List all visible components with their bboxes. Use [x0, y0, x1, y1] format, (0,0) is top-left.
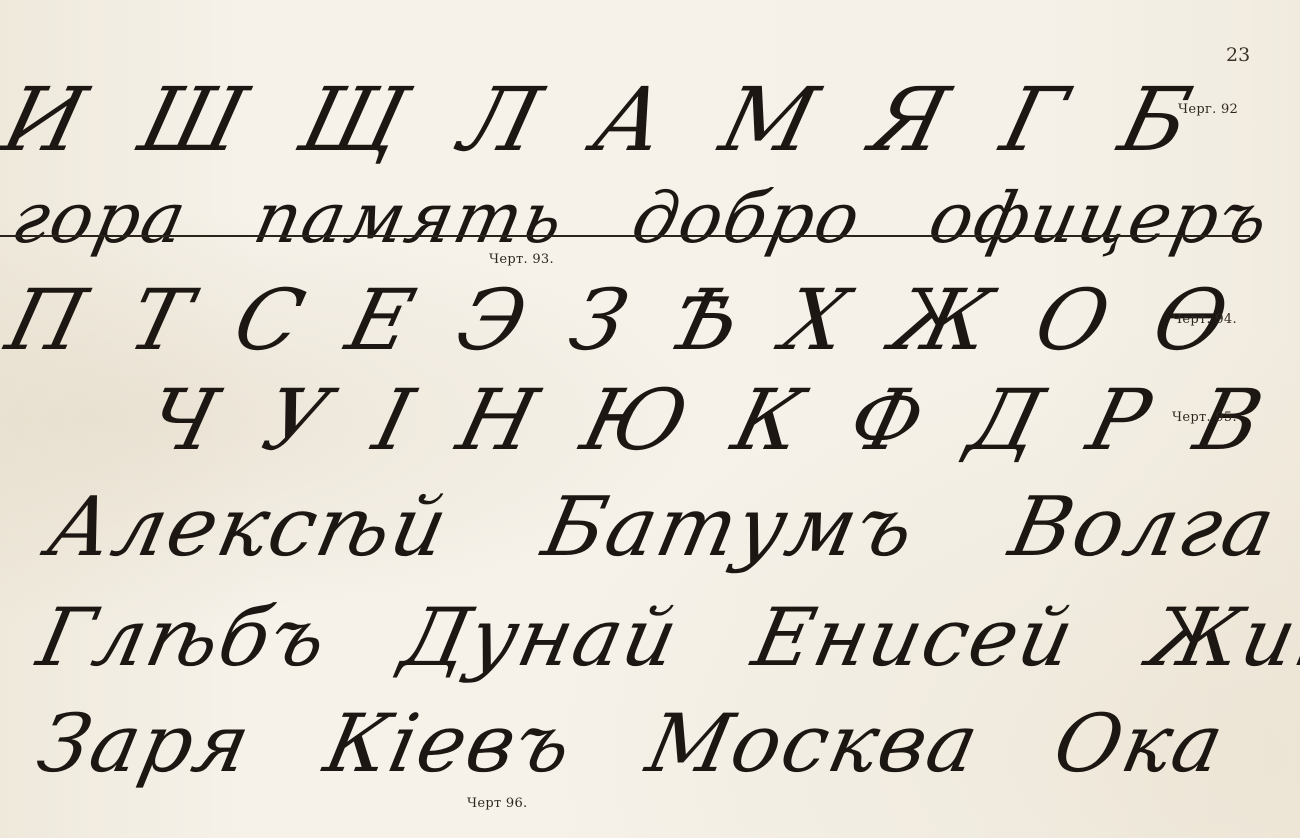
letter: Л [451, 70, 551, 170]
word: Заря [30, 696, 260, 792]
word: офицеръ [922, 178, 1277, 258]
letter: І [365, 372, 424, 468]
copybook-page: 23 И Ш Щ Л А М Я Г Б Черг. 92 гора памят… [0, 0, 1300, 838]
page-number: 23 [1226, 44, 1250, 66]
word: Кіевъ [317, 696, 582, 792]
letter: Т [120, 272, 202, 368]
word: Дунай [394, 590, 688, 686]
words-row-baseline: гора память добро офицеръ [14, 178, 1300, 258]
letter: Х [774, 272, 860, 368]
capital-letters-row-2: П Т С Е Э З Ѣ Х Ж О Ѳ [10, 272, 1245, 368]
letter: М [711, 70, 828, 170]
word: Ока [1045, 696, 1232, 792]
capital-letters-row-1: И Ш Щ Л А М Я Г Б [6, 70, 1218, 170]
letter: Я [861, 70, 959, 170]
letter: П [0, 272, 97, 368]
letter: Ч [138, 372, 229, 468]
plate-label-96: Черт 96. [467, 796, 527, 811]
plate-label-95: Черт. 95. [1172, 410, 1237, 425]
baseline-rule [0, 235, 1250, 237]
letter: Н [449, 372, 548, 468]
plate-label-92: Черг. 92 [1178, 102, 1238, 117]
letter: Ѣ [662, 272, 752, 368]
word: Москва [639, 696, 988, 792]
letter: Э [448, 272, 538, 368]
letter: О [1026, 272, 1121, 368]
word: Батумъ [535, 480, 925, 576]
word: Жито [1140, 590, 1300, 686]
word: добро [626, 178, 869, 258]
word: Енисей [745, 590, 1084, 686]
letter: Ф [840, 372, 936, 468]
word: гора [5, 178, 194, 258]
word: Алексѣй [40, 480, 457, 576]
words-row-2: Глѣбъ Дунай Енисей Жито [40, 590, 1300, 686]
word: память [248, 178, 573, 258]
letter: Р [1079, 372, 1161, 468]
capital-letters-row-3: Ч У І Н Ю К Ф Д Р В [150, 372, 1282, 468]
letter: И [0, 70, 97, 170]
letter: Ж [883, 272, 1003, 368]
letter: Д [960, 372, 1054, 468]
letter: Г [992, 70, 1077, 170]
letter: Е [338, 272, 425, 368]
letter: З [561, 272, 639, 368]
letter: Б [1111, 70, 1203, 170]
words-row-1: Алексѣй Батумъ Волга [50, 480, 1300, 576]
word: Волга [1002, 480, 1285, 576]
words-row-3: Заря Кіевъ Москва Ока [40, 696, 1269, 792]
letter: У [254, 372, 341, 468]
plate-label-94: Черт. 94. [1172, 312, 1237, 327]
letter: К [724, 372, 815, 468]
letter: Ю [573, 372, 699, 468]
letter: А [585, 70, 679, 170]
letter: С [225, 272, 315, 368]
letter: Щ [291, 70, 418, 170]
plate-label-93: Черт. 93. [489, 252, 554, 267]
letter: Ш [130, 70, 257, 170]
word: Глѣбъ [30, 590, 337, 686]
